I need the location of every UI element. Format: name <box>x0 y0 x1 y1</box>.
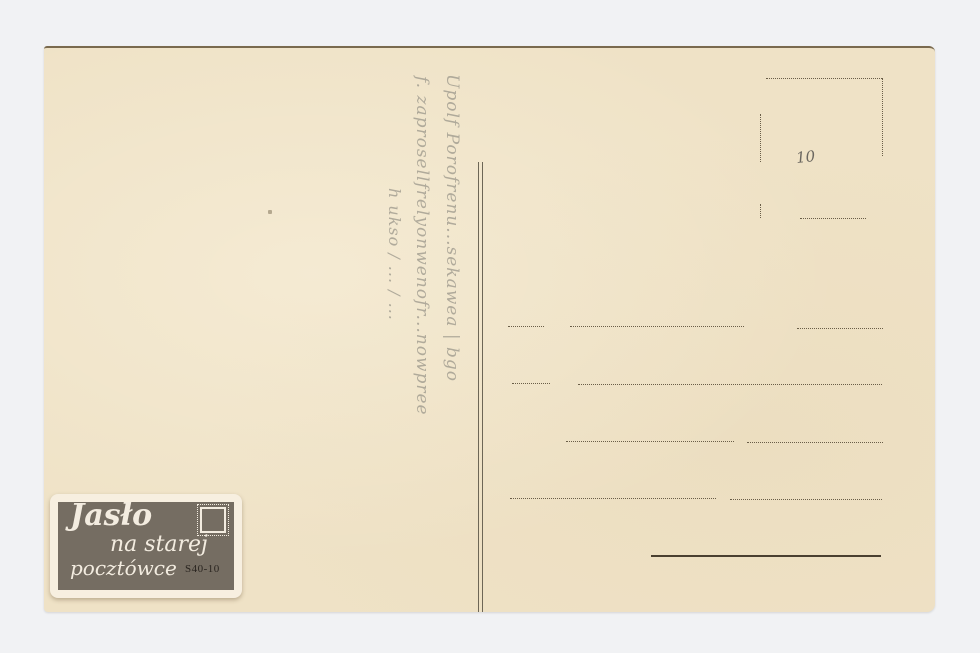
address-line-2a <box>512 383 550 384</box>
stamp-box-top <box>766 78 882 79</box>
badge-title: Jasło <box>70 498 152 533</box>
stamp-icon <box>200 507 226 533</box>
paper-speck <box>268 210 272 214</box>
stamp-box-right <box>882 78 883 156</box>
address-line-3a <box>566 441 734 442</box>
address-line-1a <box>508 326 544 327</box>
address-line-4a <box>510 498 716 499</box>
center-divider-line-2 <box>482 162 483 612</box>
handwriting-column-1: Upolf Porofrenu...sekawea | bgo <box>442 74 462 382</box>
handwriting-column-3: h ukso / ... / ... <box>385 188 404 321</box>
address-line-1c <box>797 328 883 329</box>
handwriting-column-2: f. zaprosellfrelyonwenofr...nowpree <box>412 76 432 416</box>
address-line-4b <box>730 499 882 500</box>
address-line-1b <box>570 326 744 327</box>
address-line-3b <box>747 442 883 443</box>
catalog-code: S40-10 <box>185 563 220 575</box>
stamp-box-left-low <box>760 204 761 218</box>
stamp-box-left <box>760 114 761 162</box>
center-divider-line-1 <box>478 162 479 612</box>
stamp-box-annotation: 10 <box>795 147 816 167</box>
badge-subtitle-2: pocztówce <box>70 556 177 580</box>
badge-subtitle-1: na starej <box>110 532 208 557</box>
address-line-2b <box>578 384 882 385</box>
stamp-box-bottom <box>800 218 866 219</box>
address-line-5-solid <box>651 555 881 557</box>
